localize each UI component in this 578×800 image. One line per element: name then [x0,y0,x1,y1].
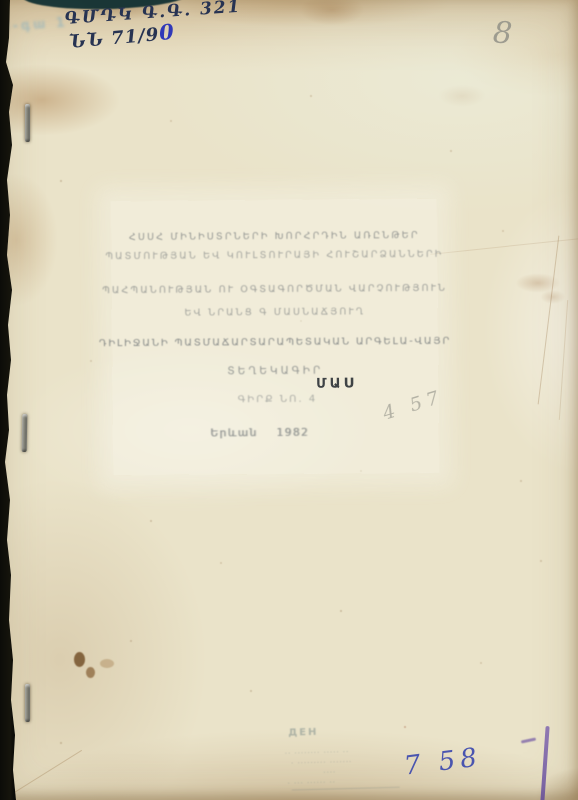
document-subtitle: ՏԵՂԵԿԱԳԻՐ [227,365,323,378]
stamp-line: · ··· ······ ·· [288,778,337,787]
stamp-line: ДЕН [288,727,318,739]
stamp-underline [292,787,400,791]
purple-edge-mark [540,726,549,800]
staple [25,104,30,142]
stamp-line: · ········· ······· [291,758,352,768]
issue-number: ԳԻՐՔ ՆՈ. 4 [238,394,318,406]
paper-sheet: ԳՄԴԿ Գ.Գ. 321 ՆՆ 71/90 8 ՀՍՍՀ ՄԻՆԻՍՏՐՆԵՐ… [0,0,578,800]
library-stamp: ДЕН ·· ········ ····· ·· · ········· ···… [282,724,416,793]
paper-speckles [0,0,2,2]
document-title: ԴԻԼԻՋԱՆԻ ՊԱՏՄԱՃԱՐՏԱՐԱՊԵՏԱԿԱՆ ԱՐԳԵԼԱ-ՎԱՅՐ [99,336,451,349]
purple-dash-mark [521,737,536,743]
paper-crease [559,300,568,420]
scanned-document-page: ԳՄԴԿ Գ.Գ. 321 ՆՆ 71/90 8 ՀՍՍՀ ՄԻՆԻՍՏՐՆԵՐ… [0,0,578,800]
org-line-2: ՊԱՏՄՈՒԹՅԱՆ ԵՎ ԿՈՒԼՏՈՒՐԱՅԻ ՀՈՒՇԱՐՁԱՆՆԵՐԻ [105,249,443,262]
paper-crease [538,236,560,405]
staple [25,684,30,722]
paper-crease [1,750,82,800]
ink-blot [74,652,85,667]
part-label: ՄԱՍ [316,375,357,391]
org-line-4: ԵՎ ՆՐԱՆՑ Գ ՄԱՍՆԱՃՅՈՒՂ [184,306,365,318]
ink-blot [86,667,95,678]
pencil-page-number: 8 [492,15,513,51]
typed-title-block: ՀՍՍՀ ՄԻՆԻՍՏՐՆԵՐԻ ԽՈՐՀՐԴԻՆ ԱՌԸՆԹԵՐ ՊԱՏՄՈՒ… [111,199,439,475]
stain-spot [100,659,114,668]
stamp-line: ·· ········ ····· ·· [285,748,350,758]
city-year-line: Երևան 1982 [210,427,309,440]
org-line-1: ՀՍՍՀ ՄԻՆԻՍՏՐՆԵՐԻ ԽՈՐՀՐԴԻՆ ԱՌԸՆԹԵՐ [129,230,420,243]
staple [22,414,28,452]
stamp-line: ···· [323,768,336,776]
org-line-3: ՊԱՀՊԱՆՈՒԹՅԱՆ ՈՒ ՕԳՏԱԳՈՐԾՄԱՆ ՎԱՐՉՈՒԹՅՈՒՆ [102,283,447,296]
